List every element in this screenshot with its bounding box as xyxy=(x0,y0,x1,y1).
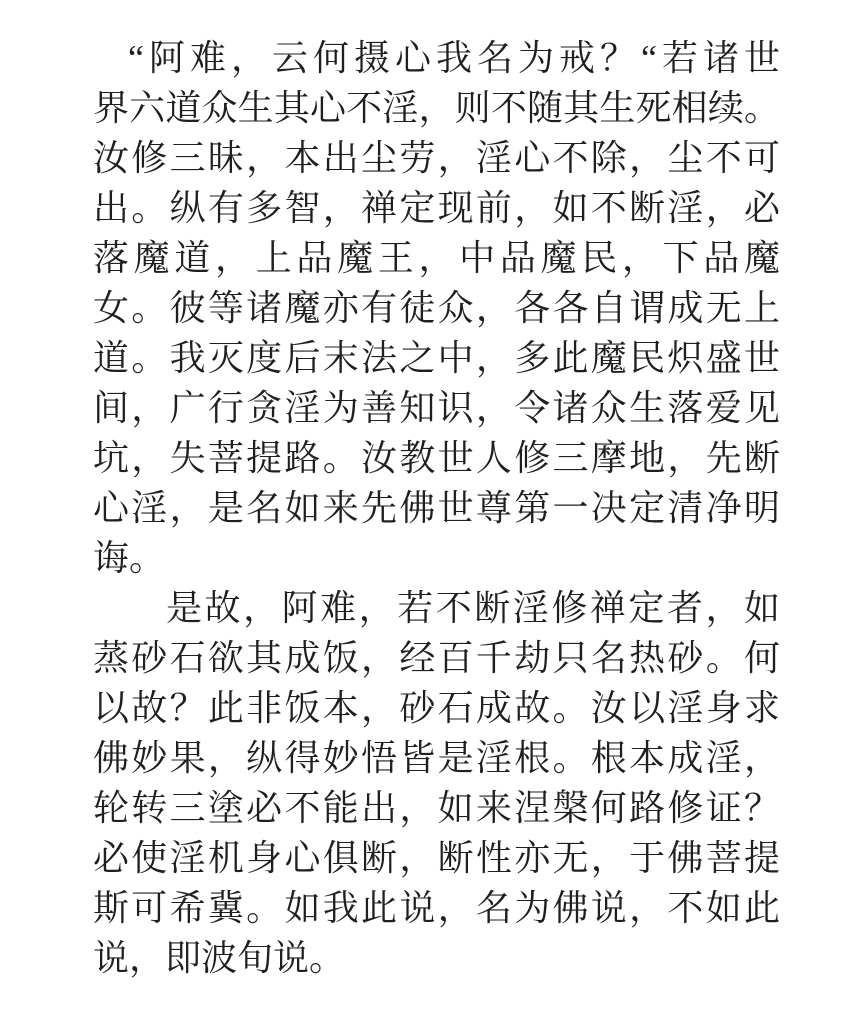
text-line: 轮转三塗必不能出，如来涅槃何路修证？ xyxy=(93,783,780,833)
text-line: 以故？此非饭本，砂石成故。汝以淫身求 xyxy=(93,683,780,733)
text-line: 女。彼等诸魔亦有徒众，各各自谓成无上 xyxy=(93,283,780,333)
text-line: 诲。 xyxy=(93,533,780,583)
text-line: 佛妙果，纵得妙悟皆是淫根。根本成淫， xyxy=(93,733,780,783)
text-line: 界六道众生其心不淫，则不随其生死相续。 xyxy=(93,83,780,133)
text-line: 斯可希冀。如我此说，名为佛说，不如此 xyxy=(93,883,780,933)
text-line: 落魔道，上品魔王，中品魔民，下品魔 xyxy=(93,233,780,283)
paragraph-1: “阿难，云何摄心我名为戒？“若诸世 界六道众生其心不淫，则不随其生死相续。 汝修… xyxy=(93,33,780,583)
paragraph-2: 是故，阿难，若不断淫修禅定者，如 蒸砂石欲其成饭，经百千劫只名热砂。何 以故？此… xyxy=(93,583,780,983)
text-line: 说，即波旬说。 xyxy=(93,933,780,983)
text-line: 出。纵有多智，禅定现前，如不断淫，必 xyxy=(93,183,780,233)
text-line: 汝修三昧，本出尘劳，淫心不除，尘不可 xyxy=(93,133,780,183)
text-line: 道。我灭度后末法之中，多此魔民炽盛世 xyxy=(93,333,780,383)
text-line: 坑，失菩提路。汝教世人修三摩地，先断 xyxy=(93,433,780,483)
document-page: “阿难，云何摄心我名为戒？“若诸世 界六道众生其心不淫，则不随其生死相续。 汝修… xyxy=(0,0,868,1024)
text-line: “阿难，云何摄心我名为戒？“若诸世 xyxy=(93,33,780,83)
text-line: 间，广行贪淫为善知识，令诸众生落爱见 xyxy=(93,383,780,433)
text-line: 心淫，是名如来先佛世尊第一决定清净明 xyxy=(93,483,780,533)
text-line: 蒸砂石欲其成饭，经百千劫只名热砂。何 xyxy=(93,633,780,683)
text-line: 是故，阿难，若不断淫修禅定者，如 xyxy=(93,583,780,633)
text-line: 必使淫机身心俱断，断性亦无，于佛菩提 xyxy=(93,833,780,883)
